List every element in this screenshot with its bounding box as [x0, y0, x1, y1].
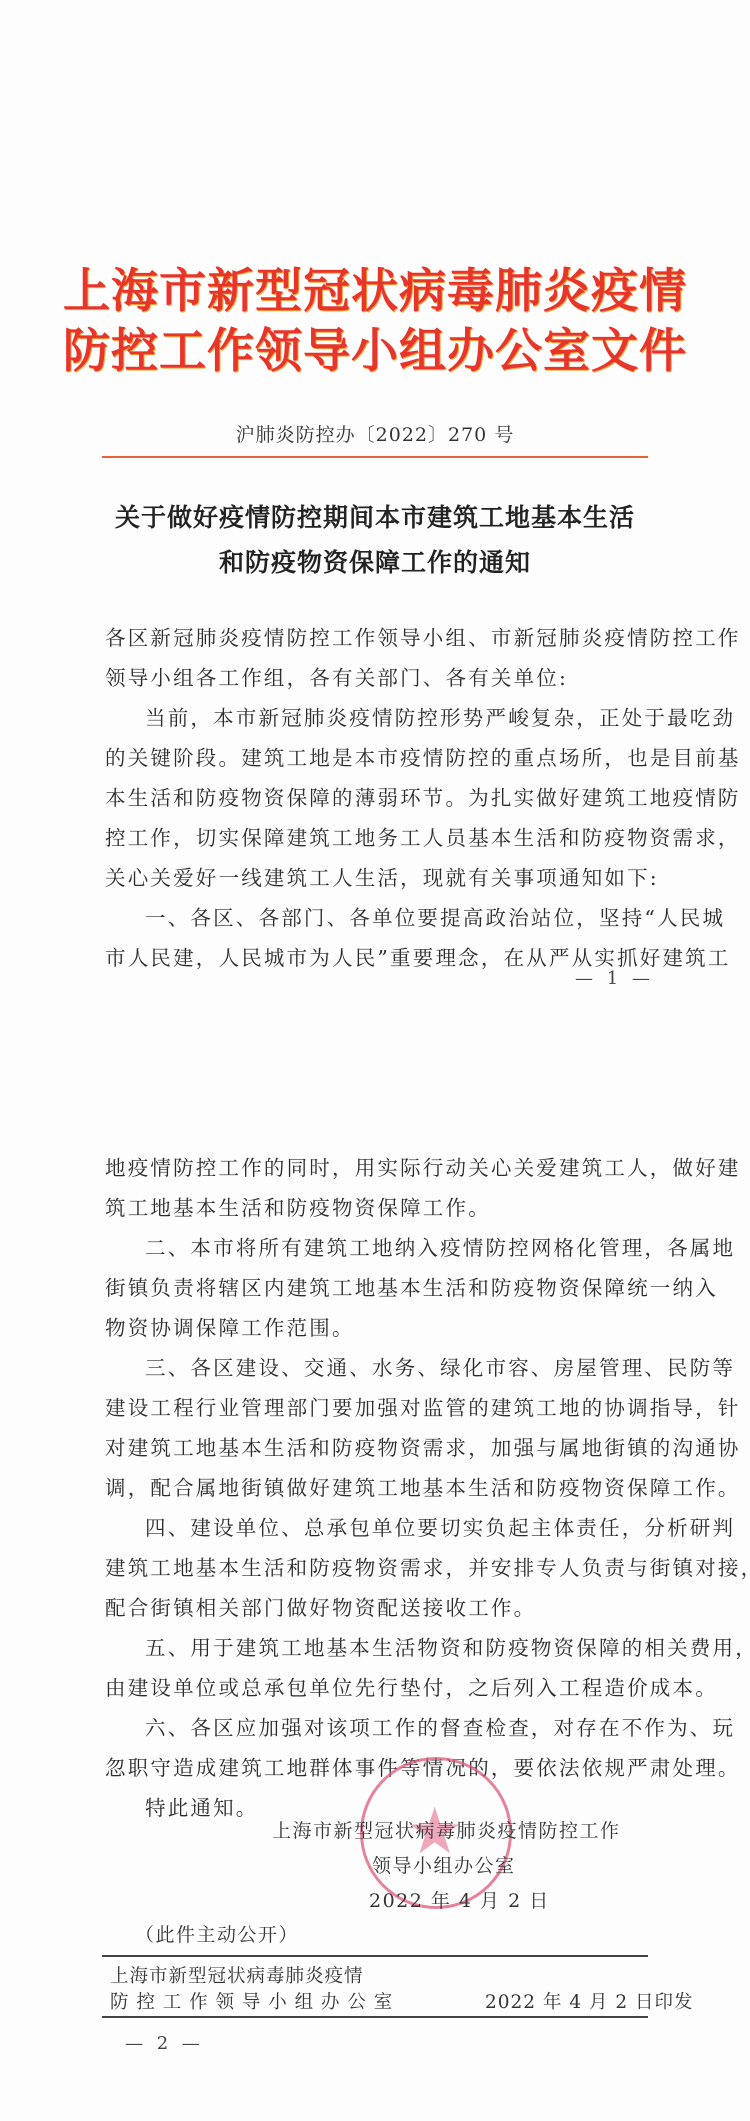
body-line: 三、各区建设、交通、水务、绿化市容、房屋管理、民防等 [145, 1348, 693, 1388]
body-line: 当前，本市新冠肺炎疫情防控形势严峻复杂，正处于最吃劲 [145, 698, 693, 738]
disclosure-note: （此件主动公开） [135, 1920, 299, 1947]
body-line: 调，配合属地街镇做好建筑工地基本生活和防疫物资保障工作。 [105, 1468, 653, 1508]
red-divider [102, 456, 648, 458]
issuer-title-line1: 上海市新型冠状病毒肺炎疫情 [0, 262, 750, 322]
notice-title-line2: 和防疫物资保障工作的通知 [0, 543, 750, 583]
body-line: 一、各区、各部门、各单位要提高政治站位，坚持“人民城 [145, 898, 693, 938]
notice-title-line1: 关于做好疫情防控期间本市建筑工地基本生活 [0, 498, 750, 538]
body-line: 二、本市将所有建筑工地纳入疫情防控网格化管理，各属地 [145, 1228, 693, 1268]
body-line: 各区新冠肺炎疫情防控工作领导小组、市新冠肺炎疫情防控工作 [105, 618, 653, 658]
footer-bottom-rule [102, 2016, 648, 2018]
signature-issuer-line2: 领导小组办公室 [372, 1851, 516, 1878]
signature-issuer-line1: 上海市新型冠状病毒肺炎疫情防控工作 [272, 1816, 621, 1843]
page-number-2: — 2 — [125, 2033, 204, 2054]
body-line: 筑工地基本生活和防疫物资保障工作。 [105, 1188, 653, 1228]
body-line: 配合街镇相关部门做好物资配送接收工作。 [105, 1588, 653, 1628]
body-line: 本生活和防疫物资保障的薄弱环节。为扎实做好建筑工地疫情防 [105, 778, 653, 818]
body-line: 物资协调保障工作范围。 [105, 1308, 653, 1348]
body-line: 由建设单位或总承包单位先行垫付，之后列入工程造价成本。 [105, 1668, 653, 1708]
body-line: 四、建设单位、总承包单位要切实负起主体责任，分析研判 [145, 1508, 693, 1548]
body-line: 领导小组各工作组，各有关部门、各有关单位: [105, 658, 653, 698]
footer-print-date: 2022 年 4 月 2 日印发 [485, 1988, 694, 2014]
body-line: 街镇负责将辖区内建筑工地基本生活和防疫物资保障统一纳入 [105, 1268, 653, 1308]
page-number-1: — 1 — [575, 968, 654, 989]
body-line: 对建筑工地基本生活和防疫物资需求，加强与属地街镇的沟通协 [105, 1428, 653, 1468]
footer-issuer-line2: 防 控 工 作 领 导 小 组 办 公 室 [110, 1988, 393, 2014]
body-line: 五、用于建筑工地基本生活物资和防疫物资保障的相关费用， [145, 1628, 693, 1668]
body-line: 地疫情防控工作的同时，用实际行动关心关爱建筑工人，做好建 [105, 1148, 653, 1188]
footer-issuer-line1: 上海市新型冠状病毒肺炎疫情 [110, 1962, 364, 1988]
body-line: 控工作，切实保障建筑工地务工人员基本生活和防疫物资需求， [105, 818, 653, 858]
body-line: 建筑工地基本生活和防疫物资需求，并安排专人负责与街镇对接， [105, 1548, 653, 1588]
body-line: 建设工程行业管理部门要加强对监管的建筑工地的协调指导，针 [105, 1388, 653, 1428]
body-line: 关心关爱好一线建筑工人生活，现就有关事项通知如下: [105, 858, 653, 898]
issuer-title-line2: 防控工作领导小组办公室文件 [0, 322, 750, 382]
body-line: 六、各区应加强对该项工作的督查检查，对存在不作为、玩 [145, 1708, 693, 1748]
document-number: 沪肺炎防控办〔2022〕270 号 [0, 420, 750, 447]
footer-top-rule [102, 1955, 648, 1957]
signature-date: 2022 年 4 月 2 日 [369, 1886, 550, 1913]
body-line: 市人民建，人民城市为人民”重要理念，在从严从实抓好建筑工 [105, 938, 653, 978]
body-line: 的关键阶段。建筑工地是本市疫情防控的重点场所，也是目前基 [105, 738, 653, 778]
